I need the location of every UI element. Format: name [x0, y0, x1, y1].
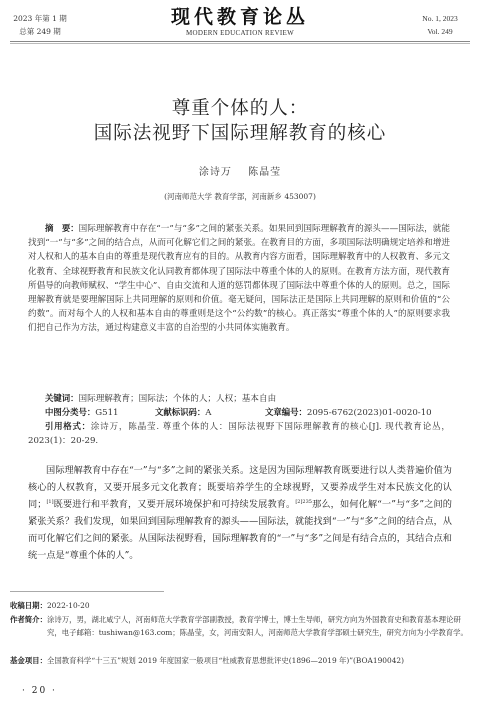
- reference-marker[interactable]: [1]: [46, 499, 53, 505]
- article-no-value: 2095-6762(2023)01-0020-10: [307, 408, 432, 418]
- abstract-text: 国际理解教育中存在“一”与“多”之间的紧张关系。如果回到国际理解教育的源头——国…: [28, 224, 450, 333]
- received-label: 收稿日期：: [10, 601, 47, 610]
- footnote-divider: [10, 591, 164, 592]
- abstract-label: 摘 要：: [45, 223, 79, 233]
- header-divider: [10, 41, 470, 44]
- doc-code-label: 文献标识码：: [155, 407, 205, 417]
- body-paragraph: 国际理解教育中存在“一”与“多”之间的紧张关系。这是因为国际理解教育既要进行以人…: [28, 462, 452, 564]
- funding-info: 基金项目：全国教育科学“十三五”规划 2019 年度国家一般项目“杜威教育思想批…: [10, 654, 470, 667]
- keywords-text: 国际理解教育；国际法；个体的人；人权；基本自由: [79, 394, 277, 404]
- author-name: 涂诗万: [199, 167, 232, 178]
- keywords-label: 关键词：: [45, 393, 79, 403]
- received-value: 2022-10-20: [47, 601, 90, 610]
- clc-value: G511: [95, 408, 118, 418]
- title-line-2: 国际法视野下国际理解教育的核心: [0, 121, 480, 146]
- journal-title-en: MODERN EDUCATION REVIEW: [0, 28, 480, 38]
- issue-number-en: No. 1, 2023: [410, 12, 470, 25]
- clc-number: 中图分类号：G511: [45, 405, 155, 420]
- article-no-label: 文章编号：: [265, 407, 307, 417]
- journal-masthead: 现代教育论丛 MODERN EDUCATION REVIEW: [0, 6, 480, 38]
- funding-text: 全国教育科学“十三五”规划 2019 年度国家一般项目“杜威教育思想批评史(18…: [47, 656, 404, 665]
- affiliation: (河南师范大学 教育学部，河南新乡 453007): [0, 191, 480, 202]
- doc-code-value: A: [205, 408, 211, 418]
- keywords: 关键词：国际理解教育；国际法；个体的人；人权；基本自由: [28, 391, 467, 406]
- abstract: 摘 要：国际理解教育中存在“一”与“多”之间的紧张关系。如果回到国际理解教育的源…: [28, 221, 450, 336]
- body-text-part: 既要进行和平教育，又要开展环境保护和可持续发展教育。: [54, 499, 296, 510]
- citation-label: 引用格式：: [45, 421, 91, 431]
- received-date: 收稿日期：2022-10-20: [10, 599, 470, 612]
- author-bio-text: 涂诗万，男，湖北咸宁人，河南师范大学教育学部副教授，教育学博士，博士生导师，研究…: [47, 613, 470, 639]
- journal-title-cn: 现代教育论丛: [0, 6, 480, 28]
- author-bio: 作者简介：涂诗万，男，湖北咸宁人，河南师范大学教育学部副教授，教育学博士，博士生…: [10, 613, 470, 639]
- document-code: 文献标识码：A: [155, 405, 265, 420]
- author-bio-label: 作者简介：: [10, 613, 47, 639]
- article-number: 文章编号：2095-6762(2023)01-0020-10: [265, 405, 432, 420]
- citation-format: 引用格式：涂诗万，陈晶莹. 尊重个体的人：国际法视野下国际理解教育的核心[J].…: [28, 419, 450, 448]
- page-number: · 20 ·: [22, 686, 57, 696]
- header-issue-info-right: No. 1, 2023 Vol. 249: [410, 12, 470, 38]
- clc-label: 中图分类号：: [45, 407, 95, 417]
- citation-text: 涂诗万，陈晶莹. 尊重个体的人：国际法视野下国际理解教育的核心[J]. 现代教育…: [28, 422, 450, 446]
- reference-marker[interactable]: [2]235: [295, 499, 312, 505]
- volume-number: Vol. 249: [410, 25, 470, 38]
- classification-info: 中图分类号：G511 文献标识码：A 文章编号：2095-6762(2023)0…: [28, 405, 467, 420]
- funding-label: 基金项目：: [10, 656, 47, 665]
- article-title: 尊重个体的人： 国际法视野下国际理解教育的核心: [0, 96, 480, 146]
- title-line-1: 尊重个体的人：: [0, 96, 480, 121]
- author-name: 陈晶莹: [248, 167, 281, 178]
- author-list: 涂诗万 陈晶莹: [0, 163, 480, 178]
